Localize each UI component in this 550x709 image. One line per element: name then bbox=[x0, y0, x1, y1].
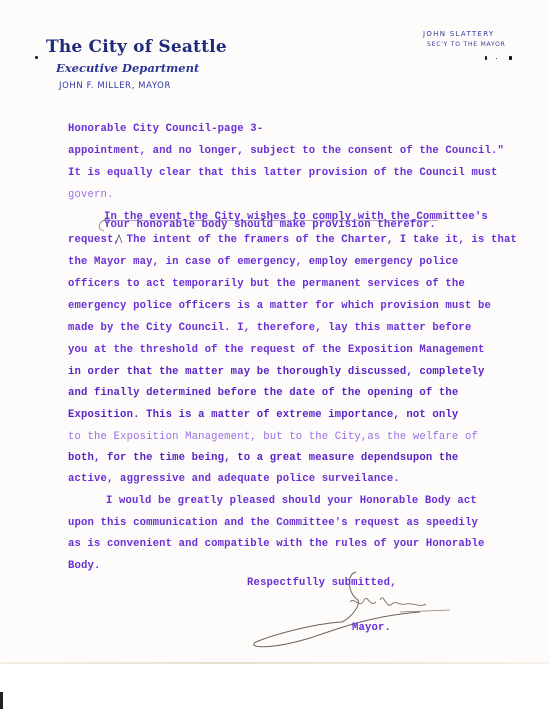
body-line: and finally determined before the date o… bbox=[68, 387, 458, 399]
body-line: the Mayor may, in case of emergency, emp… bbox=[68, 256, 458, 268]
body-line: as is convenient and compatible with the… bbox=[68, 538, 484, 550]
body-line: I would be greatly pleased should your H… bbox=[106, 495, 477, 507]
ink-mark bbox=[485, 56, 487, 60]
ink-mark bbox=[509, 56, 512, 60]
body-line: It is equally clear that this latter pro… bbox=[68, 167, 497, 179]
body-line: govern. bbox=[68, 189, 114, 201]
body-line: you at the threshold of the request of t… bbox=[68, 344, 484, 356]
signature-icon bbox=[250, 570, 530, 650]
letterhead-mayor: JOHN F. MILLER, MAYOR bbox=[59, 81, 171, 91]
body-line: emergency police officers is a matter fo… bbox=[68, 300, 491, 312]
body-line: made by the City Council. I, therefore, … bbox=[68, 322, 471, 334]
letterhead-title: The City of Seattle bbox=[46, 37, 227, 57]
ink-dot bbox=[35, 56, 38, 59]
inserted-line: Your honorable body should make provisio… bbox=[104, 219, 436, 231]
letterhead-secretary-name: JOHN SLATTERY bbox=[423, 30, 495, 38]
page-header: Honorable City Council-page 3- bbox=[68, 123, 263, 135]
body-line: appointment, and no longer, subject to t… bbox=[68, 145, 504, 157]
body-line: both, for the time being, to a great mea… bbox=[68, 452, 458, 464]
scan-background bbox=[0, 664, 550, 709]
body-line: Body. bbox=[68, 560, 101, 572]
body-line: active, aggressive and adequate police s… bbox=[68, 473, 400, 485]
scan-corner-mark bbox=[0, 692, 3, 709]
ink-mark bbox=[496, 58, 497, 59]
letterhead-secretary-title: SEC'Y TO THE MAYOR bbox=[427, 41, 506, 48]
body-line: request, The intent of the framers of th… bbox=[68, 234, 517, 246]
body-line: to the Exposition Management, but to the… bbox=[68, 431, 478, 443]
signer-title: Mayor. bbox=[352, 622, 391, 634]
letterhead-department: Executive Department bbox=[56, 61, 199, 75]
body-line: officers to act temporarily but the perm… bbox=[68, 278, 465, 290]
body-line: in order that the matter may be thorough… bbox=[68, 366, 484, 378]
body-line: upon this communication and the Committe… bbox=[68, 517, 478, 529]
body-line: Exposition. This is a matter of extreme … bbox=[68, 409, 458, 421]
